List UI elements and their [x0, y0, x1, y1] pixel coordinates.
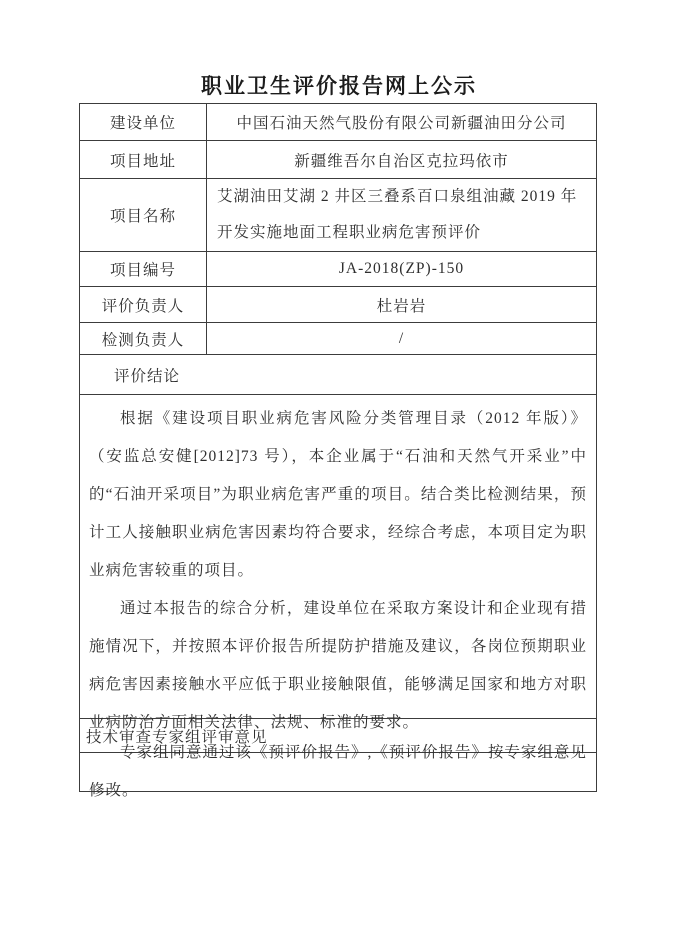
project-name-value: 艾湖油田艾湖 2 井区三叠系百口泉组油藏 2019 年开发实施地面工程职业病危害… [207, 179, 596, 251]
page-title: 职业卫生评价报告网上公示 [0, 70, 678, 100]
project-number-value: JA-2018(ZP)-150 [207, 252, 596, 286]
publicity-table: 建设单位 中国石油天然气股份有限公司新疆油田分公司 项目地址 新疆维吾尔自治区克… [79, 103, 597, 792]
construction-unit-label: 建设单位 [80, 104, 207, 140]
construction-unit-value: 中国石油天然气股份有限公司新疆油田分公司 [207, 104, 596, 140]
table-row-project-address: 项目地址 新疆维吾尔自治区克拉玛依市 [80, 140, 596, 178]
testing-leader-value: / [207, 323, 596, 354]
table-row-project-number: 项目编号 JA-2018(ZP)-150 [80, 251, 596, 286]
evaluation-leader-value: 杜岩岩 [207, 287, 596, 322]
expert-opinion-text: 专家组同意通过该《预评价报告》,《预评价报告》按专家组意见修改。 [89, 734, 592, 810]
table-row-evaluation-leader: 评价负责人 杜岩岩 [80, 286, 596, 322]
table-row-project-name: 项目名称 艾湖油田艾湖 2 井区三叠系百口泉组油藏 2019 年开发实施地面工程… [80, 178, 596, 251]
conclusion-text-block: 根据《建设项目职业病危害风险分类管理目录（2012 年版）》（安监总安健[201… [80, 394, 596, 718]
conclusion-section-header: 评价结论 [80, 354, 596, 394]
testing-leader-label: 检测负责人 [80, 323, 207, 354]
project-address-value: 新疆维吾尔自治区克拉玛依市 [207, 141, 596, 178]
conclusion-paragraph-1: 根据《建设项目职业病危害风险分类管理目录（2012 年版）》（安监总安健[201… [89, 400, 587, 590]
document-page: 职业卫生评价报告网上公示 建设单位 中国石油天然气股份有限公司新疆油田分公司 项… [0, 0, 678, 946]
project-address-label: 项目地址 [80, 141, 207, 178]
table-row-construction-unit: 建设单位 中国石油天然气股份有限公司新疆油田分公司 [80, 104, 596, 140]
table-row-testing-leader: 检测负责人 / [80, 322, 596, 354]
project-name-label: 项目名称 [80, 179, 207, 251]
expert-opinion-block: 专家组同意通过该《预评价报告》,《预评价报告》按专家组意见修改。 [80, 752, 596, 791]
project-number-label: 项目编号 [80, 252, 207, 286]
evaluation-leader-label: 评价负责人 [80, 287, 207, 322]
